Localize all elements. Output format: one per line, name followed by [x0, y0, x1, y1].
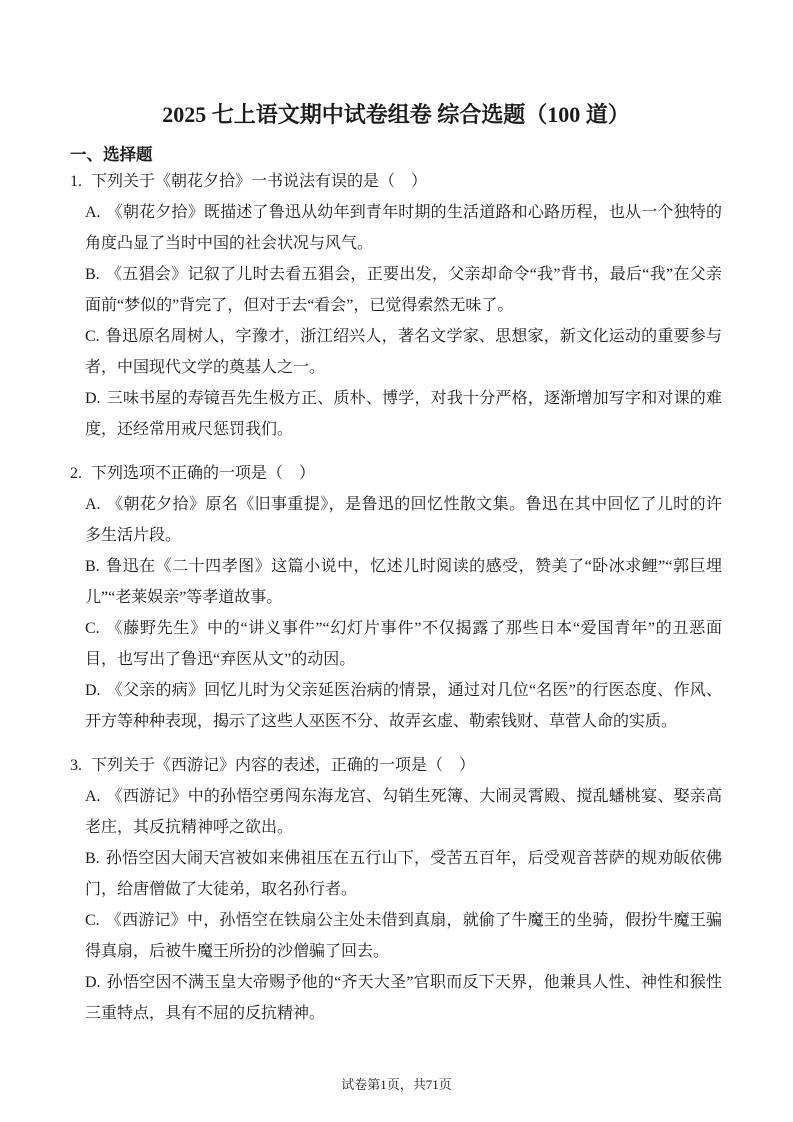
option-d-label: D. — [85, 974, 101, 991]
option-c-label: C. — [85, 620, 100, 637]
question-3-option-d: D.孙悟空因不满玉皇大帝赐予他的“齐天大圣”官职而反下天界，他兼具人性、神性和猴… — [85, 967, 722, 1029]
question-1-text: 下列关于《朝花夕拾》一书说法有误的是（ ） — [91, 173, 427, 190]
question-2-number: 2. — [70, 465, 82, 482]
question-2-option-a: A.《朝花夕拾》原名《旧事重提》，是鲁迅的回忆性散文集。鲁迅在其中回忆了儿时的许… — [85, 489, 722, 551]
option-b-label: B. — [85, 558, 100, 575]
option-b-text: 孙悟空因大闹天宫被如来佛祖压在五行山下，受苦五百年，后受观音菩萨的规劝皈依佛门，… — [85, 850, 722, 898]
question-2: 2.下列选项不正确的一项是（ ） A.《朝花夕拾》原名《旧事重提》，是鲁迅的回忆… — [70, 458, 722, 737]
option-c-label: C. — [85, 912, 100, 929]
question-2-option-d: D.《父亲的病》回忆儿时为父亲延医治病的情景，通过对几位“名医”的行医态度、作风… — [85, 675, 722, 737]
option-d-text: 《父亲的病》回忆儿时为父亲延医治病的情景，通过对几位“名医”的行医态度、作风、开… — [85, 682, 722, 730]
option-c-text: 鲁迅原名周树人，字豫才，浙江绍兴人，著名文学家、思想家，新文化运动的重要参与者，… — [85, 328, 722, 376]
option-a-text: 《西游记》中的孙悟空勇闯东海龙宫、勾销生死簿、大闹灵霄殿、搅乱蟠桃宴、娶亲高老庄… — [85, 788, 722, 836]
option-a-text: 《朝花夕拾》原名《旧事重提》，是鲁迅的回忆性散文集。鲁迅在其中回忆了儿时的许多生… — [85, 496, 722, 544]
question-3-option-b: B.孙悟空因大闹天宫被如来佛祖压在五行山下，受苦五百年，后受观音菩萨的规劝皈依佛… — [85, 843, 722, 905]
question-1-number: 1. — [70, 173, 82, 190]
question-3-stem: 3.下列关于《西游记》内容的表述，正确的一项是（ ） — [70, 750, 722, 781]
option-b-text: 《五猖会》记叙了儿时去看五猖会，正要出发，父亲却命令“我”背书，最后“我”在父亲… — [85, 266, 722, 314]
question-3-option-c: C.《西游记》中，孙悟空在铁扇公主处未借到真扇，就偷了牛魔王的坐骑，假扮牛魔王骗… — [85, 905, 722, 967]
option-c-label: C. — [85, 328, 100, 345]
option-c-text: 《藤野先生》中的“讲义事件”“幻灯片事件”不仅揭露了那些日本“爱国青年”的丑恶面… — [85, 620, 722, 668]
option-a-label: A. — [85, 204, 101, 221]
option-a-label: A. — [85, 788, 101, 805]
option-c-text: 《西游记》中，孙悟空在铁扇公主处未借到真扇，就偷了牛魔王的坐骑，假扮牛魔王骗得真… — [85, 912, 722, 960]
exam-content: 2025 七上语文期中试卷组卷 综合选题（100 道） 一、选择题 1.下列关于… — [0, 0, 793, 1029]
option-b-label: B. — [85, 850, 100, 867]
page-number-footer: 试卷第1页，共71页 — [0, 1076, 793, 1094]
question-1-option-a: A.《朝花夕拾》既描述了鲁迅从幼年到青年时期的生活道路和心路历程，也从一个独特的… — [85, 197, 722, 259]
question-2-option-b: B.鲁迅在《二十四孝图》这篇小说中，忆述儿时阅读的感受，赞美了“卧冰求鲤”“郭巨… — [85, 551, 722, 613]
question-3: 3.下列关于《西游记》内容的表述，正确的一项是（ ） A.《西游记》中的孙悟空勇… — [70, 750, 722, 1029]
question-2-text: 下列选项不正确的一项是（ ） — [91, 465, 315, 482]
question-1: 1.下列关于《朝花夕拾》一书说法有误的是（ ） A.《朝花夕拾》既描述了鲁迅从幼… — [70, 166, 722, 445]
option-b-label: B. — [85, 266, 100, 283]
option-a-label: A. — [85, 496, 101, 513]
question-2-stem: 2.下列选项不正确的一项是（ ） — [70, 458, 722, 489]
question-3-number: 3. — [70, 757, 82, 774]
option-b-text: 鲁迅在《二十四孝图》这篇小说中，忆述儿时阅读的感受，赞美了“卧冰求鲤”“郭巨埋儿… — [85, 558, 722, 606]
option-d-label: D. — [85, 390, 101, 407]
exam-page: 2025 七上语文期中试卷组卷 综合选题（100 道） 一、选择题 1.下列关于… — [0, 0, 793, 1122]
question-1-option-d: D.三味书屋的寿镜吾先生极方正、质朴、博学，对我十分严格，逐渐增加写字和对课的难… — [85, 383, 722, 445]
option-d-label: D. — [85, 682, 101, 699]
question-2-option-c: C.《藤野先生》中的“讲义事件”“幻灯片事件”不仅揭露了那些日本“爱国青年”的丑… — [85, 613, 722, 675]
question-3-text: 下列关于《西游记》内容的表述，正确的一项是（ ） — [91, 757, 475, 774]
option-d-text: 孙悟空因不满玉皇大帝赐予他的“齐天大圣”官职而反下天界，他兼具人性、神性和猴性三… — [85, 974, 722, 1022]
option-a-text: 《朝花夕拾》既描述了鲁迅从幼年到青年时期的生活道路和心路历程，也从一个独特的角度… — [85, 204, 722, 252]
question-1-option-b: B.《五猖会》记叙了儿时去看五猖会，正要出发，父亲却命令“我”背书，最后“我”在… — [85, 259, 722, 321]
question-1-option-c: C.鲁迅原名周树人，字豫才，浙江绍兴人，著名文学家、思想家，新文化运动的重要参与… — [85, 321, 722, 383]
option-d-text: 三味书屋的寿镜吾先生极方正、质朴、博学，对我十分严格，逐渐增加写字和对课的难度，… — [85, 390, 722, 438]
question-1-stem: 1.下列关于《朝花夕拾》一书说法有误的是（ ） — [70, 166, 722, 197]
question-3-option-a: A.《西游记》中的孙悟空勇闯东海龙宫、勾销生死簿、大闹灵霄殿、搅乱蟠桃宴、娶亲高… — [85, 781, 722, 843]
section-heading: 一、选择题 — [70, 144, 722, 166]
page-title: 2025 七上语文期中试卷组卷 综合选题（100 道） — [70, 98, 722, 132]
